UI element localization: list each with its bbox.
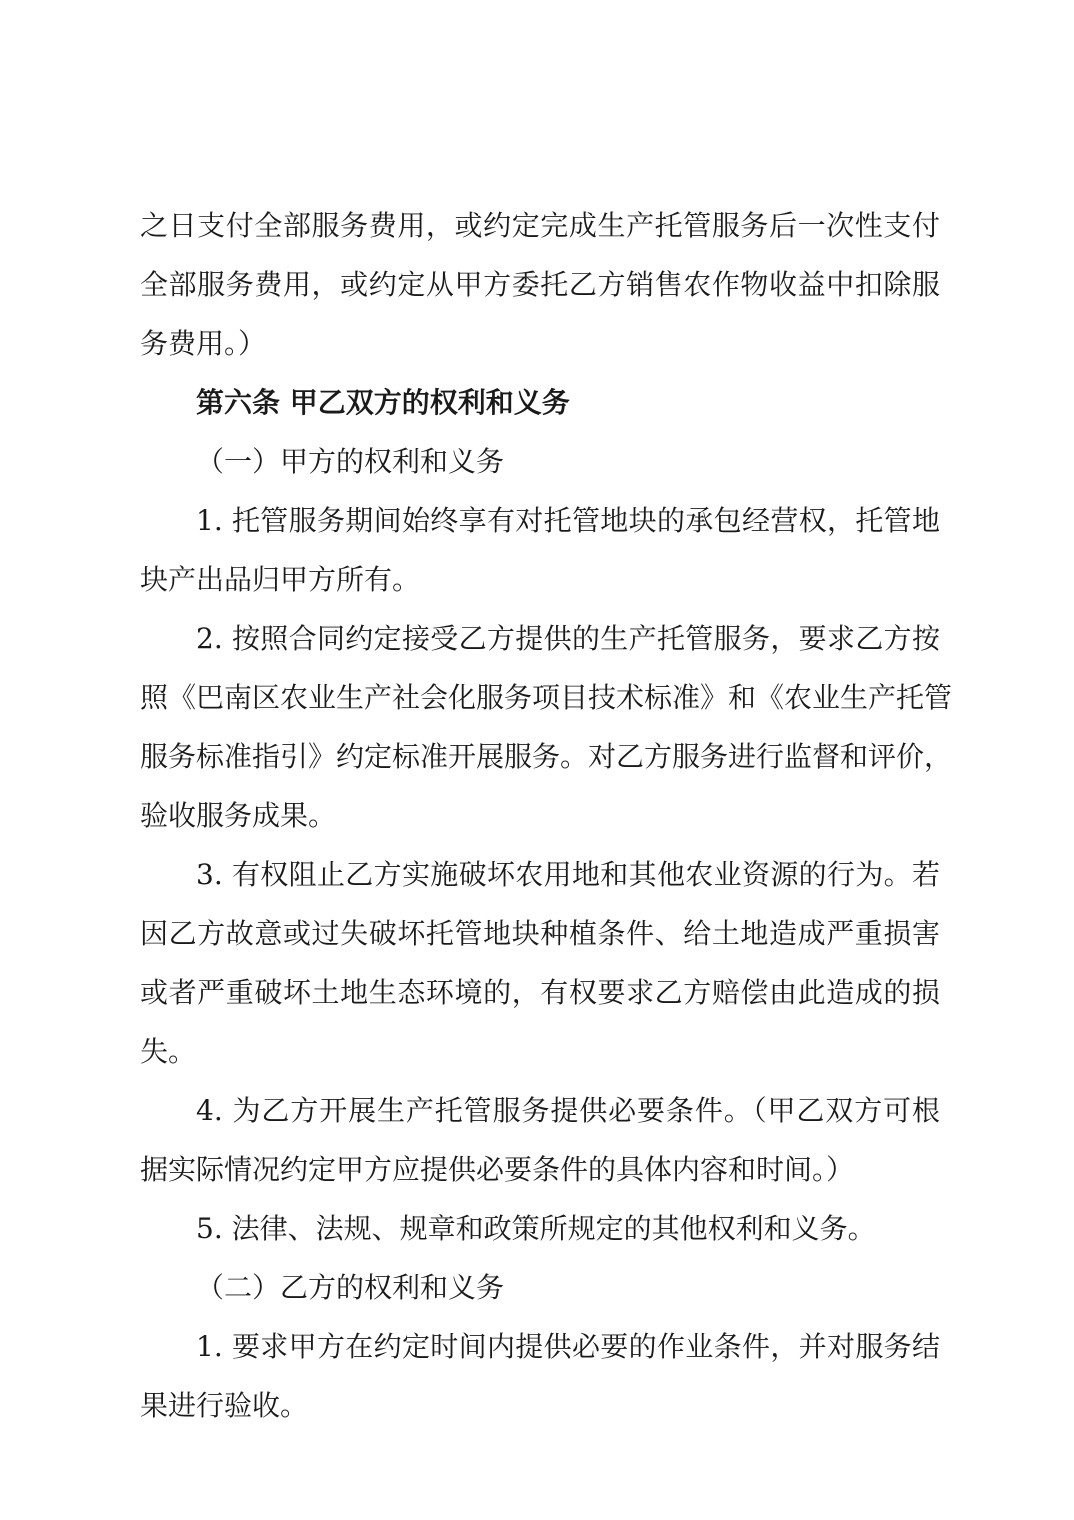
- paragraph-line: 据实际情况约定甲方应提供必要条件的具体内容和时间。）: [140, 1140, 940, 1199]
- paragraph-line: 失。: [140, 1022, 940, 1081]
- paragraph-line: 验收服务成果。: [140, 786, 940, 845]
- paragraph-line: 1. 要求甲方在约定时间内提供必要的作业条件，并对服务结: [140, 1317, 940, 1376]
- paragraph-line: 2. 按照合同约定接受乙方提供的生产托管服务，要求乙方按: [140, 609, 940, 668]
- paragraph-line: 3. 有权阻止乙方实施破坏农用地和其他农业资源的行为。若: [140, 845, 940, 904]
- document-page: 之日支付全部服务费用，或约定完成生产托管服务后一次性支付 全部服务费用，或约定从…: [140, 196, 940, 1435]
- article-title: 第六条 甲乙双方的权利和义务: [140, 373, 940, 432]
- paragraph-line: 或者严重破坏土地生态环境的，有权要求乙方赔偿由此造成的损: [140, 963, 940, 1022]
- paragraph-line: 之日支付全部服务费用，或约定完成生产托管服务后一次性支付: [140, 196, 940, 255]
- paragraph-line: 服务标准指引》约定标准开展服务。对乙方服务进行监督和评价，: [140, 727, 940, 786]
- paragraph-line: 4. 为乙方开展生产托管服务提供必要条件。（甲乙双方可根: [140, 1081, 940, 1140]
- section-title: （二）乙方的权利和义务: [140, 1258, 940, 1317]
- paragraph-line: 块产出品归甲方所有。: [140, 550, 940, 609]
- paragraph-line: 务费用。）: [140, 314, 940, 373]
- paragraph-line: 照《巴南区农业生产社会化服务项目技术标准》和《农业生产托管: [140, 668, 940, 727]
- paragraph-line: 因乙方故意或过失破坏托管地块种植条件、给土地造成严重损害: [140, 904, 940, 963]
- paragraph-line: 全部服务费用，或约定从甲方委托乙方销售农作物收益中扣除服: [140, 255, 940, 314]
- paragraph-line: 5. 法律、法规、规章和政策所规定的其他权利和义务。: [140, 1199, 940, 1258]
- paragraph-line: 1. 托管服务期间始终享有对托管地块的承包经营权，托管地: [140, 491, 940, 550]
- paragraph-line: 果进行验收。: [140, 1376, 940, 1435]
- section-title: （一）甲方的权利和义务: [140, 432, 940, 491]
